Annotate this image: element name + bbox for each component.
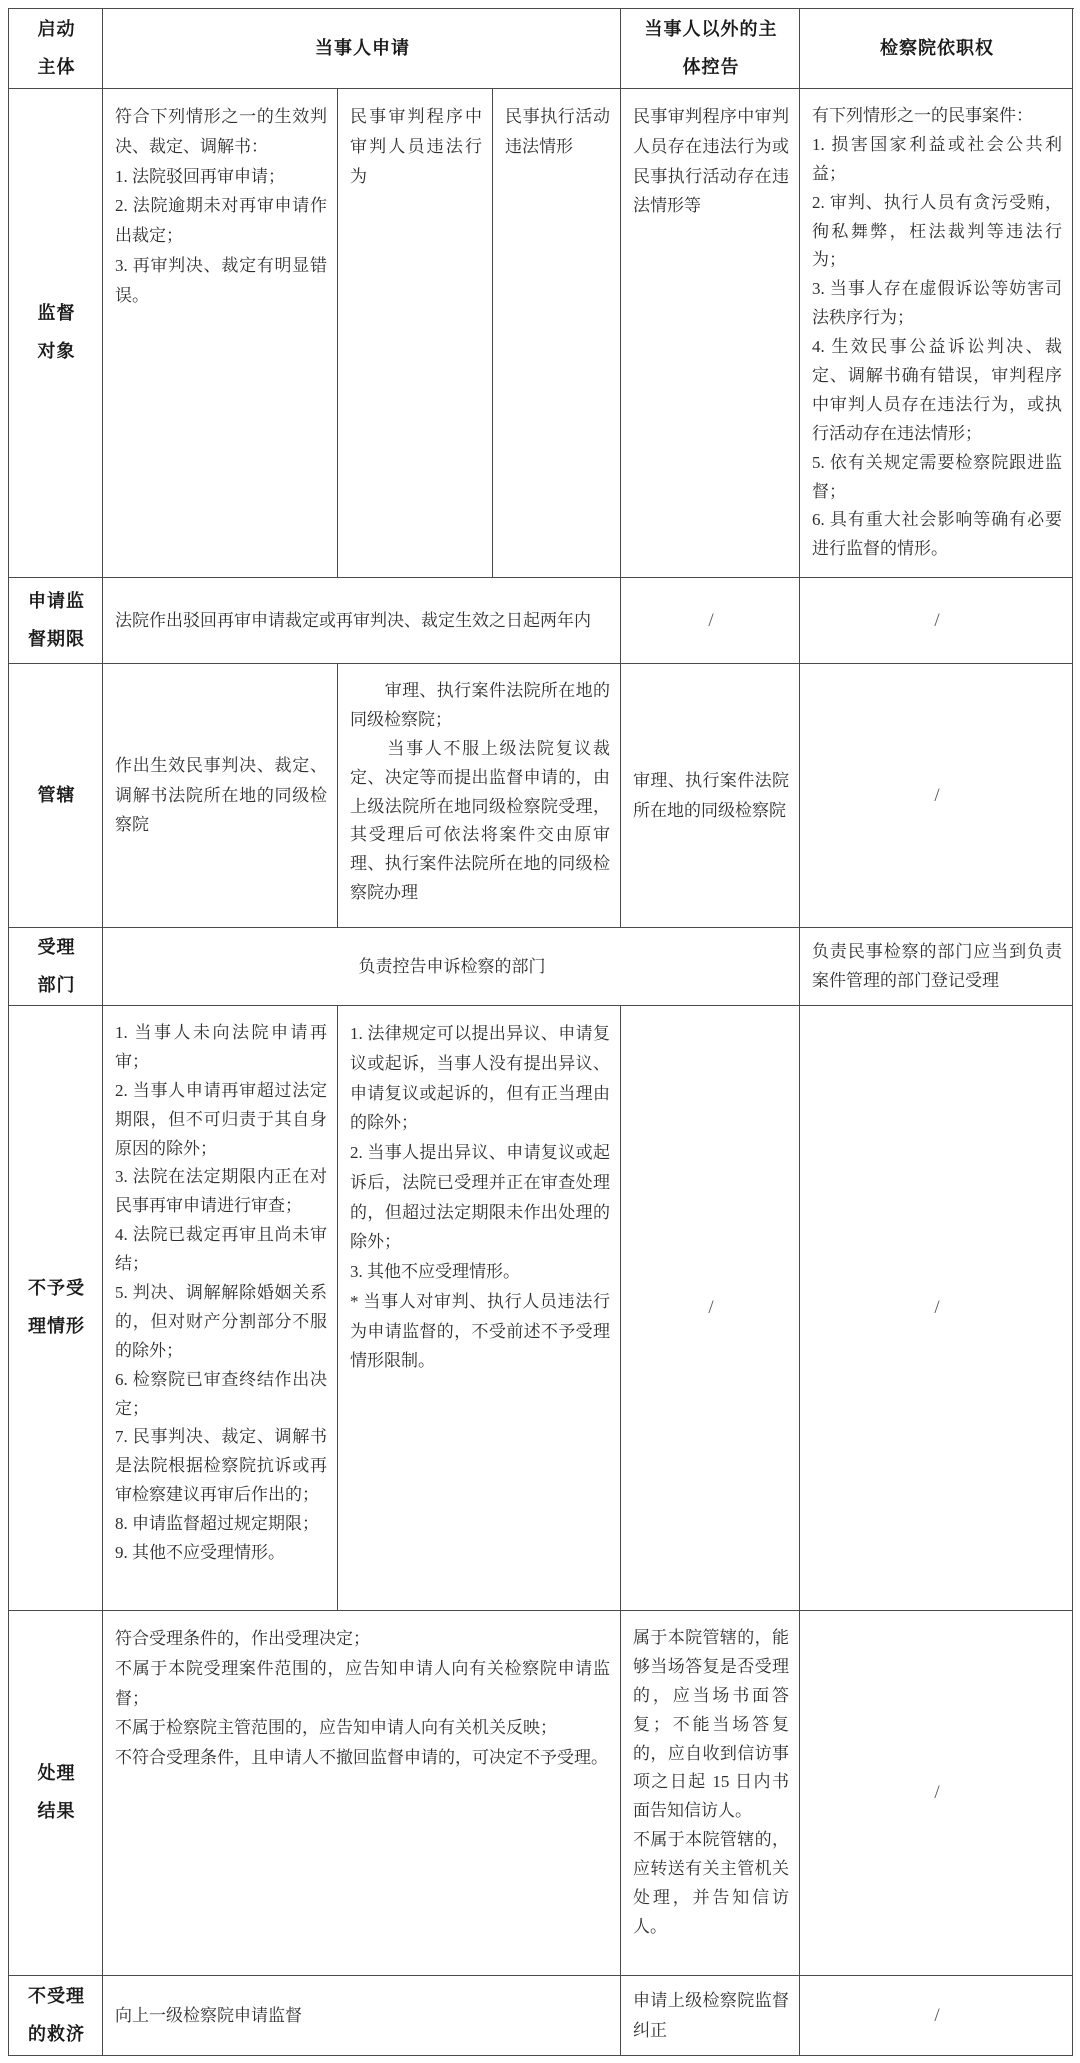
cell-remedy-complaint: 申请上级检察院监督纠正 [621,1976,800,2056]
header-ex-officio: 检察院依职权 [800,9,1073,89]
cell-jurisdiction-party-judgment: 作出生效民事判决、裁定、调解书法院所在地的同级检察院 [103,664,338,928]
cell-remedy-party: 向上一级检察院申请监督 [103,1976,621,2056]
cell-handling-result-complaint: 属于本院管辖的，能够当场答复是否受理的，应当场书面答复；不能当场答复的，应自收到… [621,1611,800,1976]
cell-jurisdiction-ex-officio-na: / [800,664,1073,928]
cell-handling-result-party: 符合受理条件的，作出受理决定； 不属于本院受理案件范围的，应告知申请人向有关检察… [103,1611,621,1976]
cell-supervision-object-trial-violation: 民事审判程序中审判人员违法行为 [338,89,493,578]
row-label-non-acceptance: 不予受 理情形 [9,1006,103,1611]
cell-non-acceptance-complaint-na: / [621,1006,800,1611]
header-party-application: 当事人申请 [103,9,621,89]
cell-supervision-object-complaint-scope: 民事审判程序中审判人员存在违法行为或民事执行活动存在违法情形等 [621,89,800,578]
cell-non-acceptance-ex-officio-na: / [800,1006,1073,1611]
cell-supervision-object-effective-judgments: 符合下列情形之一的生效判决、裁定、调解书： 1. 法院驳回再审申请； 2. 法院… [103,89,338,578]
cell-remedy-ex-officio-na: / [800,1976,1073,2056]
cell-jurisdiction-party-violation: 审理、执行案件法院所在地的同级检察院； 当事人不服上级法院复议裁定、决定等而提出… [338,664,621,928]
civil-supervision-table: 启动 主体 当事人申请 当事人以外的主 体控告 检察院依职权 监督 对象 符合下… [8,8,1074,2056]
cell-accepting-department-ex-officio: 负责民事检察的部门应当到负责案件管理的部门登记受理 [800,928,1073,1006]
row-label-handling-result: 处理 结果 [9,1611,103,1976]
row-label-supervision-object: 监督 对象 [9,89,103,578]
cell-jurisdiction-complaint: 审理、执行案件法院所在地的同级检察院 [621,664,800,928]
row-label-application-period: 申请监 督期限 [9,578,103,664]
cell-application-period-content: 法院作出驳回再审申请裁定或再审判决、裁定生效之日起两年内 [103,578,621,664]
cell-supervision-object-ex-officio-cases: 有下列情形之一的民事案件： 1. 损害国家利益或社会公共利益； 2. 审判、执行… [800,89,1073,578]
cell-application-period-ex-officio-na: / [800,578,1073,664]
row-label-accepting-department: 受理 部门 [9,928,103,1006]
cell-application-period-complaint-na: / [621,578,800,664]
row-label-remedy: 不受理 的救济 [9,1976,103,2056]
header-non-party-complaint: 当事人以外的主 体控告 [621,9,800,89]
cell-handling-result-ex-officio-na: / [800,1611,1073,1976]
cell-supervision-object-enforcement-violation: 民事执行活动违法情形 [493,89,621,578]
cell-non-acceptance-violation-cases: 1. 法律规定可以提出异议、申请复议或起诉，当事人没有提出异议、申请复议或起诉的… [338,1006,621,1611]
cell-non-acceptance-judgment-cases: 1. 当事人未向法院申请再审； 2. 当事人申请再审超过法定期限，但不可归责于其… [103,1006,338,1611]
cell-accepting-department-party-and-complaint: 负责控告申诉检察的部门 [103,928,800,1006]
row-label-jurisdiction: 管辖 [9,664,103,928]
header-subject: 启动 主体 [9,9,103,89]
